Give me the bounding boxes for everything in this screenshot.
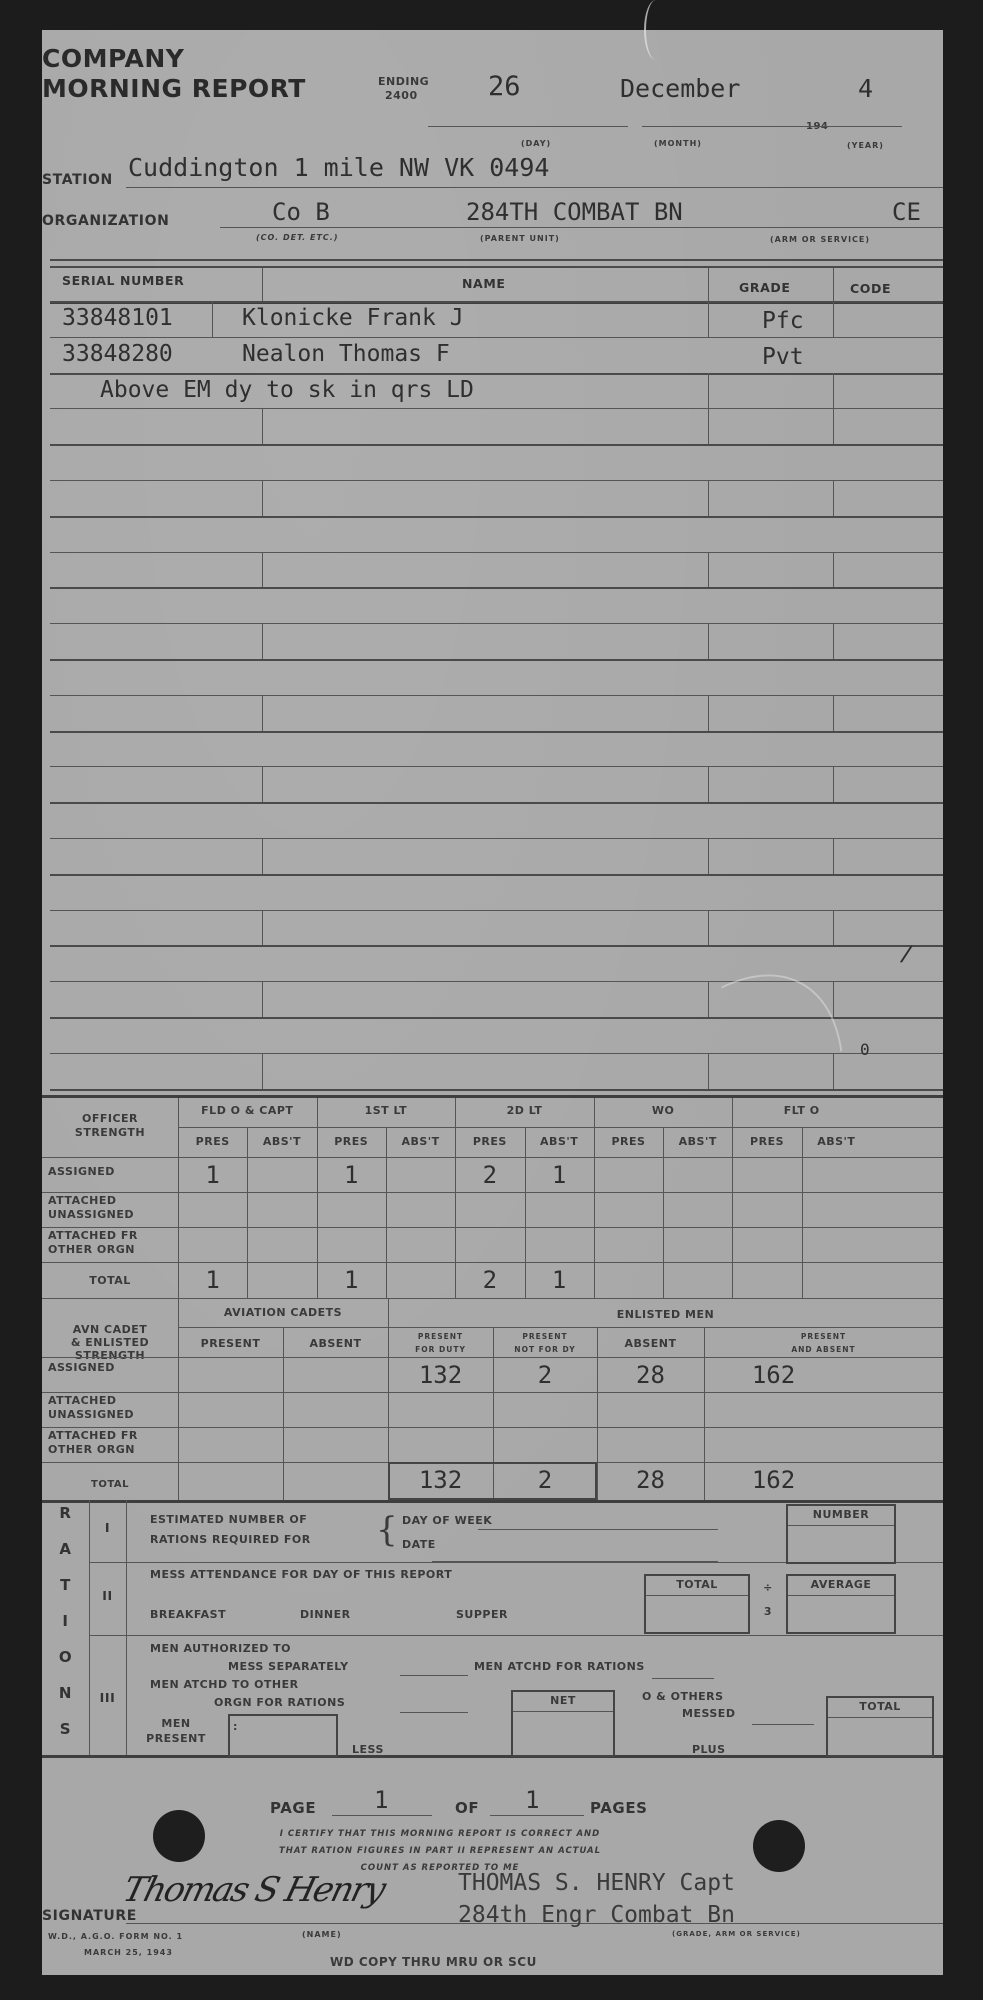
parent-unit-caption: (PARENT UNIT) bbox=[480, 234, 560, 243]
officer-group-header: 2D LT bbox=[455, 1104, 594, 1117]
officer-row-label: ASSIGNED bbox=[48, 1165, 115, 1179]
rations-total-box[interactable]: TOTAL bbox=[826, 1696, 934, 1757]
rations-side-letter: O bbox=[42, 1648, 89, 1666]
net-box-label: NET bbox=[513, 1692, 613, 1712]
divide-by-value: 3 bbox=[752, 1605, 784, 1618]
date-field[interactable] bbox=[432, 1561, 718, 1562]
men-present-label: MENPRESENT bbox=[126, 1716, 226, 1746]
officer-cell: 1 bbox=[178, 1266, 247, 1294]
enlisted-row-label: TOTAL bbox=[42, 1478, 178, 1492]
col-divider bbox=[708, 301, 709, 337]
rations-bottom-rule bbox=[42, 1755, 943, 1758]
col-divider bbox=[833, 301, 834, 337]
row-label-text: ATTACHED bbox=[48, 1194, 134, 1208]
men-authorized-label-1: MEN AUTHORIZED TO bbox=[150, 1642, 291, 1655]
page-underline bbox=[332, 1815, 432, 1816]
station-underline bbox=[126, 187, 943, 188]
day-of-week-label: DAY OF WEEK bbox=[402, 1514, 492, 1527]
pages-underline bbox=[490, 1815, 584, 1816]
certify-line-2: THAT RATION FIGURES IN PART II REPRESENT… bbox=[220, 1843, 660, 1860]
number-box[interactable]: NUMBER bbox=[786, 1504, 896, 1564]
day-of-week-field[interactable] bbox=[478, 1529, 718, 1530]
label-text: MEN bbox=[126, 1716, 226, 1731]
aviation-cadets-header: AVIATION CADETS bbox=[178, 1306, 388, 1319]
form-number: W.D., A.G.O. FORM NO. 1 bbox=[48, 1932, 183, 1941]
arm-service-value: CE bbox=[892, 198, 921, 226]
grid-line bbox=[386, 1127, 387, 1298]
of-label: OF bbox=[455, 1799, 479, 1817]
margin-mark-zero: 0 bbox=[860, 1040, 870, 1059]
officer-strength-title-1: OFFICER bbox=[42, 1112, 178, 1126]
certify-line-1: I CERTIFY THAT THIS MORNING REPORT IS CO… bbox=[220, 1826, 660, 1843]
ruled-line bbox=[50, 623, 943, 624]
ruled-line bbox=[50, 444, 943, 446]
men-atchd-other-label-2: ORGN FOR RATIONS bbox=[214, 1696, 345, 1709]
estimated-rations-label-1: ESTIMATED NUMBER OF bbox=[150, 1513, 307, 1526]
enlisted-row-label: ATTACHED FROTHER ORGN bbox=[48, 1429, 138, 1457]
ruled-line bbox=[50, 802, 943, 804]
men-atchd-for-rations-field[interactable] bbox=[652, 1678, 714, 1679]
o-others-messed-field[interactable] bbox=[752, 1724, 814, 1725]
row1-name: Klonicke Frank J bbox=[242, 305, 464, 331]
signer-unit: 284th Engr Combat Bn bbox=[458, 1902, 735, 1928]
ruled-line bbox=[50, 874, 943, 876]
ruled-line bbox=[50, 838, 943, 839]
header-text: FOR DUTY bbox=[388, 1343, 493, 1356]
header-text: PRESENT bbox=[388, 1330, 493, 1343]
row-label-text: ASSIGNED bbox=[48, 1361, 115, 1375]
table-top-rule-2 bbox=[50, 266, 943, 268]
grade-header: GRADE bbox=[739, 280, 790, 295]
row2-grade: Pvt bbox=[762, 344, 804, 370]
ruled-line bbox=[50, 587, 943, 589]
total-attendance-box[interactable]: TOTAL bbox=[644, 1574, 750, 1634]
col-divider bbox=[708, 373, 709, 409]
absent-header: ABSENT bbox=[597, 1337, 704, 1350]
pages-total: 1 bbox=[525, 1786, 539, 1814]
grid-line bbox=[247, 1127, 248, 1298]
date-label: DATE bbox=[402, 1538, 436, 1551]
header-text: AND ABSENT bbox=[704, 1343, 943, 1356]
cadets-absent-header: ABSENT bbox=[283, 1337, 388, 1350]
ruled-line bbox=[50, 910, 943, 911]
row-label-text: ATTACHED FR bbox=[48, 1429, 138, 1443]
routing-note: WD COPY THRU MRU OR SCU bbox=[330, 1955, 537, 1969]
rations-side-letter: T bbox=[42, 1576, 89, 1594]
grid-line bbox=[178, 1327, 943, 1328]
binder-hole-left bbox=[153, 1810, 205, 1862]
row-label-text: UNASSIGNED bbox=[48, 1408, 134, 1422]
label-text: PRESENT bbox=[126, 1731, 226, 1746]
day-caption: (DAY) bbox=[521, 139, 551, 148]
col-divider bbox=[708, 268, 709, 301]
col-divider bbox=[833, 766, 834, 802]
col-divider bbox=[262, 910, 263, 946]
row-label-text: OTHER ORGN bbox=[48, 1443, 138, 1457]
pres-subheader: PRES bbox=[455, 1135, 524, 1148]
col-divider bbox=[833, 552, 834, 588]
name-caption: (NAME) bbox=[302, 1930, 342, 1939]
ending-time: 2400 bbox=[385, 89, 418, 102]
morning-report-form: COMPANY MORNING REPORT ENDING 2400 26 De… bbox=[42, 30, 943, 1975]
officer-strength-title: OFFICER STRENGTH bbox=[42, 1112, 178, 1140]
col-divider bbox=[262, 480, 263, 516]
grid-line bbox=[178, 1298, 179, 1500]
organization-label: ORGANIZATION bbox=[42, 213, 169, 229]
station-label: STATION bbox=[42, 172, 113, 188]
organization-caption: (CO. DET. ETC.) bbox=[256, 233, 339, 242]
grid-line bbox=[89, 1500, 90, 1755]
col-divider bbox=[833, 480, 834, 516]
supper-label: SUPPER bbox=[456, 1608, 508, 1621]
average-box-label: AVERAGE bbox=[788, 1576, 894, 1596]
form-title-line1: COMPANY bbox=[42, 44, 184, 73]
enlisted-title-1: AVN CADET bbox=[42, 1323, 178, 1336]
ruled-line bbox=[50, 373, 943, 375]
officer-cell: 1 bbox=[178, 1161, 247, 1189]
officer-cell: 1 bbox=[525, 1266, 594, 1294]
colon-mark: : bbox=[233, 1720, 238, 1733]
remark-line: Above EM dy to sk in qrs LD bbox=[100, 377, 474, 403]
ruled-line bbox=[50, 516, 943, 518]
row-label-text: ASSIGNED bbox=[48, 1165, 115, 1179]
enlisted-cell-present_and_absent: 162 bbox=[654, 1361, 893, 1389]
rations-side-letter: A bbox=[42, 1540, 89, 1558]
officer-cell: 2 bbox=[455, 1161, 524, 1189]
enlisted-cell-present_not_for_duty: 2 bbox=[493, 1361, 597, 1389]
average-box[interactable]: AVERAGE bbox=[786, 1574, 896, 1634]
part-i-label: I bbox=[89, 1520, 126, 1535]
part-iii-label: III bbox=[89, 1690, 126, 1705]
enlisted-title-2: & ENLISTED bbox=[42, 1336, 178, 1349]
total-box-label: TOTAL bbox=[646, 1576, 748, 1596]
col-divider bbox=[262, 268, 263, 301]
col-divider bbox=[262, 838, 263, 874]
col-divider bbox=[262, 408, 263, 444]
plus-label: PLUS bbox=[692, 1743, 726, 1756]
officer-strength-title-2: STRENGTH bbox=[42, 1126, 178, 1140]
header-text: NOT FOR DY bbox=[493, 1343, 597, 1356]
dinner-label: DINNER bbox=[300, 1608, 351, 1621]
signature-label: SIGNATURE bbox=[42, 1908, 137, 1924]
officer-group-header: 1ST LT bbox=[317, 1104, 456, 1117]
col-divider bbox=[212, 301, 213, 337]
col-divider bbox=[708, 480, 709, 516]
report-month: December bbox=[620, 74, 740, 103]
code-header: CODE bbox=[850, 281, 891, 296]
pres-subheader: PRES bbox=[178, 1135, 247, 1148]
col-divider bbox=[262, 552, 263, 588]
col-divider bbox=[708, 838, 709, 874]
ruled-line bbox=[50, 480, 943, 481]
parent-unit-value: 284TH COMBAT BN bbox=[466, 198, 683, 226]
ending-label: ENDING bbox=[378, 75, 429, 88]
edge-scratch bbox=[644, 0, 668, 60]
report-year-digit: 4 bbox=[858, 74, 873, 103]
form-date: MARCH 25, 1943 bbox=[84, 1948, 173, 1957]
month-caption: (MONTH) bbox=[654, 139, 702, 148]
col-divider bbox=[833, 408, 834, 444]
arm-service-caption: (ARM OR SERVICE) bbox=[770, 235, 870, 244]
page-number: 1 bbox=[374, 1786, 388, 1814]
page-label: PAGE bbox=[270, 1799, 316, 1817]
enlisted-cell-present_for_duty: 132 bbox=[388, 1361, 493, 1389]
rations-total-box-label: TOTAL bbox=[828, 1698, 932, 1718]
header-text: PRESENT bbox=[704, 1330, 943, 1343]
officer-row-label: ATTACHEDUNASSIGNED bbox=[48, 1194, 134, 1222]
date-underline bbox=[428, 126, 628, 127]
breakfast-label: BREAKFAST bbox=[150, 1608, 226, 1621]
month-year-underline bbox=[672, 126, 902, 127]
col-divider bbox=[833, 623, 834, 659]
ruled-line bbox=[50, 337, 943, 338]
row1-grade: Pfc bbox=[762, 308, 804, 334]
year-caption: (YEAR) bbox=[847, 141, 884, 150]
enlisted-row-label: ASSIGNED bbox=[48, 1361, 115, 1375]
estimated-rations-label-2: RATIONS REQUIRED FOR bbox=[150, 1533, 311, 1546]
pres-subheader: PRES bbox=[317, 1135, 386, 1148]
col-divider bbox=[708, 910, 709, 946]
officer-row-label: ATTACHED FROTHER ORGN bbox=[48, 1229, 138, 1257]
ruled-line bbox=[50, 659, 943, 661]
col-divider bbox=[708, 695, 709, 731]
rations-side-letter: R bbox=[42, 1504, 89, 1522]
ruled-line bbox=[50, 945, 943, 947]
film-scratch bbox=[526, 931, 899, 1370]
pages-label: PAGES bbox=[590, 1799, 648, 1817]
abs-subheader: ABS'T bbox=[247, 1135, 316, 1148]
margin-mark-slash: / bbox=[898, 941, 915, 968]
o-and-others-label-1: O & OTHERS bbox=[642, 1690, 724, 1703]
officer-cell: 1 bbox=[317, 1266, 386, 1294]
divide-icon: ÷ bbox=[752, 1581, 784, 1594]
ruled-line bbox=[50, 981, 943, 982]
row-label-text: OTHER ORGN bbox=[48, 1243, 138, 1257]
col-divider bbox=[833, 373, 834, 409]
present-not-for-duty-header: PRESENTNOT FOR DY bbox=[493, 1330, 597, 1356]
enlisted-cell-present_and_absent: 162 bbox=[654, 1466, 893, 1494]
men-authorized-label-2: MESS SEPARATELY bbox=[228, 1660, 349, 1673]
men-present-box[interactable]: : bbox=[228, 1714, 338, 1757]
mess-separately-field[interactable] bbox=[400, 1675, 468, 1676]
row2-name: Nealon Thomas F bbox=[242, 341, 450, 367]
ruled-line bbox=[50, 731, 943, 733]
ruled-line bbox=[50, 408, 943, 409]
rations-side-letter: S bbox=[42, 1720, 89, 1738]
present-for-duty-header: PRESENTFOR DUTY bbox=[388, 1330, 493, 1356]
signature-script[interactable]: Thomas S Henry bbox=[119, 1870, 388, 1910]
o-and-others-label-2: MESSED bbox=[682, 1707, 735, 1720]
col-divider bbox=[262, 981, 263, 1017]
serial-number-header: SERIAL NUMBER bbox=[62, 273, 184, 288]
atchd-other-orgn-field[interactable] bbox=[400, 1712, 468, 1713]
ruled-line bbox=[50, 695, 943, 696]
ruled-line bbox=[50, 766, 943, 767]
grid-line bbox=[89, 1635, 943, 1636]
abs-subheader: ABS'T bbox=[386, 1135, 455, 1148]
col-divider bbox=[262, 1053, 263, 1089]
name-header: NAME bbox=[462, 276, 506, 291]
mess-attendance-label: MESS ATTENDANCE FOR DAY OF THIS REPORT bbox=[150, 1568, 452, 1581]
officer-row-label: TOTAL bbox=[42, 1274, 178, 1288]
rations-side-letter: N bbox=[42, 1684, 89, 1702]
header-text: PRESENT bbox=[493, 1330, 597, 1343]
col-divider bbox=[262, 623, 263, 659]
organization-value: Co B bbox=[272, 198, 330, 226]
organization-underline bbox=[220, 227, 943, 228]
grid-line bbox=[283, 1327, 284, 1500]
col-divider bbox=[833, 910, 834, 946]
row1-serial: 33848101 bbox=[62, 305, 173, 331]
row-label-text: TOTAL bbox=[42, 1478, 178, 1492]
ruled-line bbox=[50, 552, 943, 553]
net-box[interactable]: NET bbox=[511, 1690, 615, 1757]
col-divider bbox=[833, 838, 834, 874]
enlisted-row-label: ATTACHEDUNASSIGNED bbox=[48, 1394, 134, 1422]
col-divider bbox=[833, 981, 834, 1017]
col-divider bbox=[262, 695, 263, 731]
row-label-text: ATTACHED FR bbox=[48, 1229, 138, 1243]
station-value: Cuddington 1 mile NW VK 0494 bbox=[128, 153, 549, 182]
officer-cell: 1 bbox=[317, 1161, 386, 1189]
part-ii-label: II bbox=[89, 1588, 126, 1603]
officer-group-header: FLD O & CAPT bbox=[178, 1104, 317, 1117]
row-label-text: TOTAL bbox=[42, 1274, 178, 1288]
col-divider bbox=[708, 408, 709, 444]
col-divider bbox=[708, 623, 709, 659]
binder-hole-right bbox=[753, 1820, 805, 1872]
ruled-line bbox=[50, 301, 943, 303]
rations-top-rule bbox=[42, 1500, 943, 1503]
cadets-present-header: PRESENT bbox=[178, 1337, 283, 1350]
abs-subheader: ABS'T bbox=[525, 1135, 594, 1148]
row-label-text: ATTACHED bbox=[48, 1394, 134, 1408]
col-divider bbox=[833, 695, 834, 731]
men-atchd-other-label-1: MEN ATCHD TO OTHER bbox=[150, 1678, 299, 1691]
table-top-rule-1 bbox=[50, 259, 943, 261]
signer-name: THOMAS S. HENRY Capt bbox=[458, 1870, 735, 1896]
col-divider bbox=[262, 766, 263, 802]
number-box-label: NUMBER bbox=[788, 1506, 894, 1526]
present-and-absent-header: PRESENTAND ABSENT bbox=[704, 1330, 943, 1356]
row2-serial: 33848280 bbox=[62, 341, 173, 367]
less-label: LESS bbox=[352, 1743, 384, 1756]
form-title-line2: MORNING REPORT bbox=[42, 74, 306, 103]
grade-caption: (GRADE, ARM OR SERVICE) bbox=[672, 1930, 801, 1938]
rations-side-letter: I bbox=[42, 1612, 89, 1630]
men-atchd-for-rations-label: MEN ATCHD FOR RATIONS bbox=[474, 1660, 645, 1673]
brace-icon: { bbox=[376, 1510, 398, 1550]
officer-cell: 2 bbox=[455, 1266, 524, 1294]
col-divider bbox=[708, 552, 709, 588]
row-label-text: UNASSIGNED bbox=[48, 1208, 134, 1222]
col-divider bbox=[833, 268, 834, 301]
total-box bbox=[388, 1462, 597, 1500]
col-divider bbox=[708, 766, 709, 802]
report-day: 26 bbox=[488, 71, 521, 102]
